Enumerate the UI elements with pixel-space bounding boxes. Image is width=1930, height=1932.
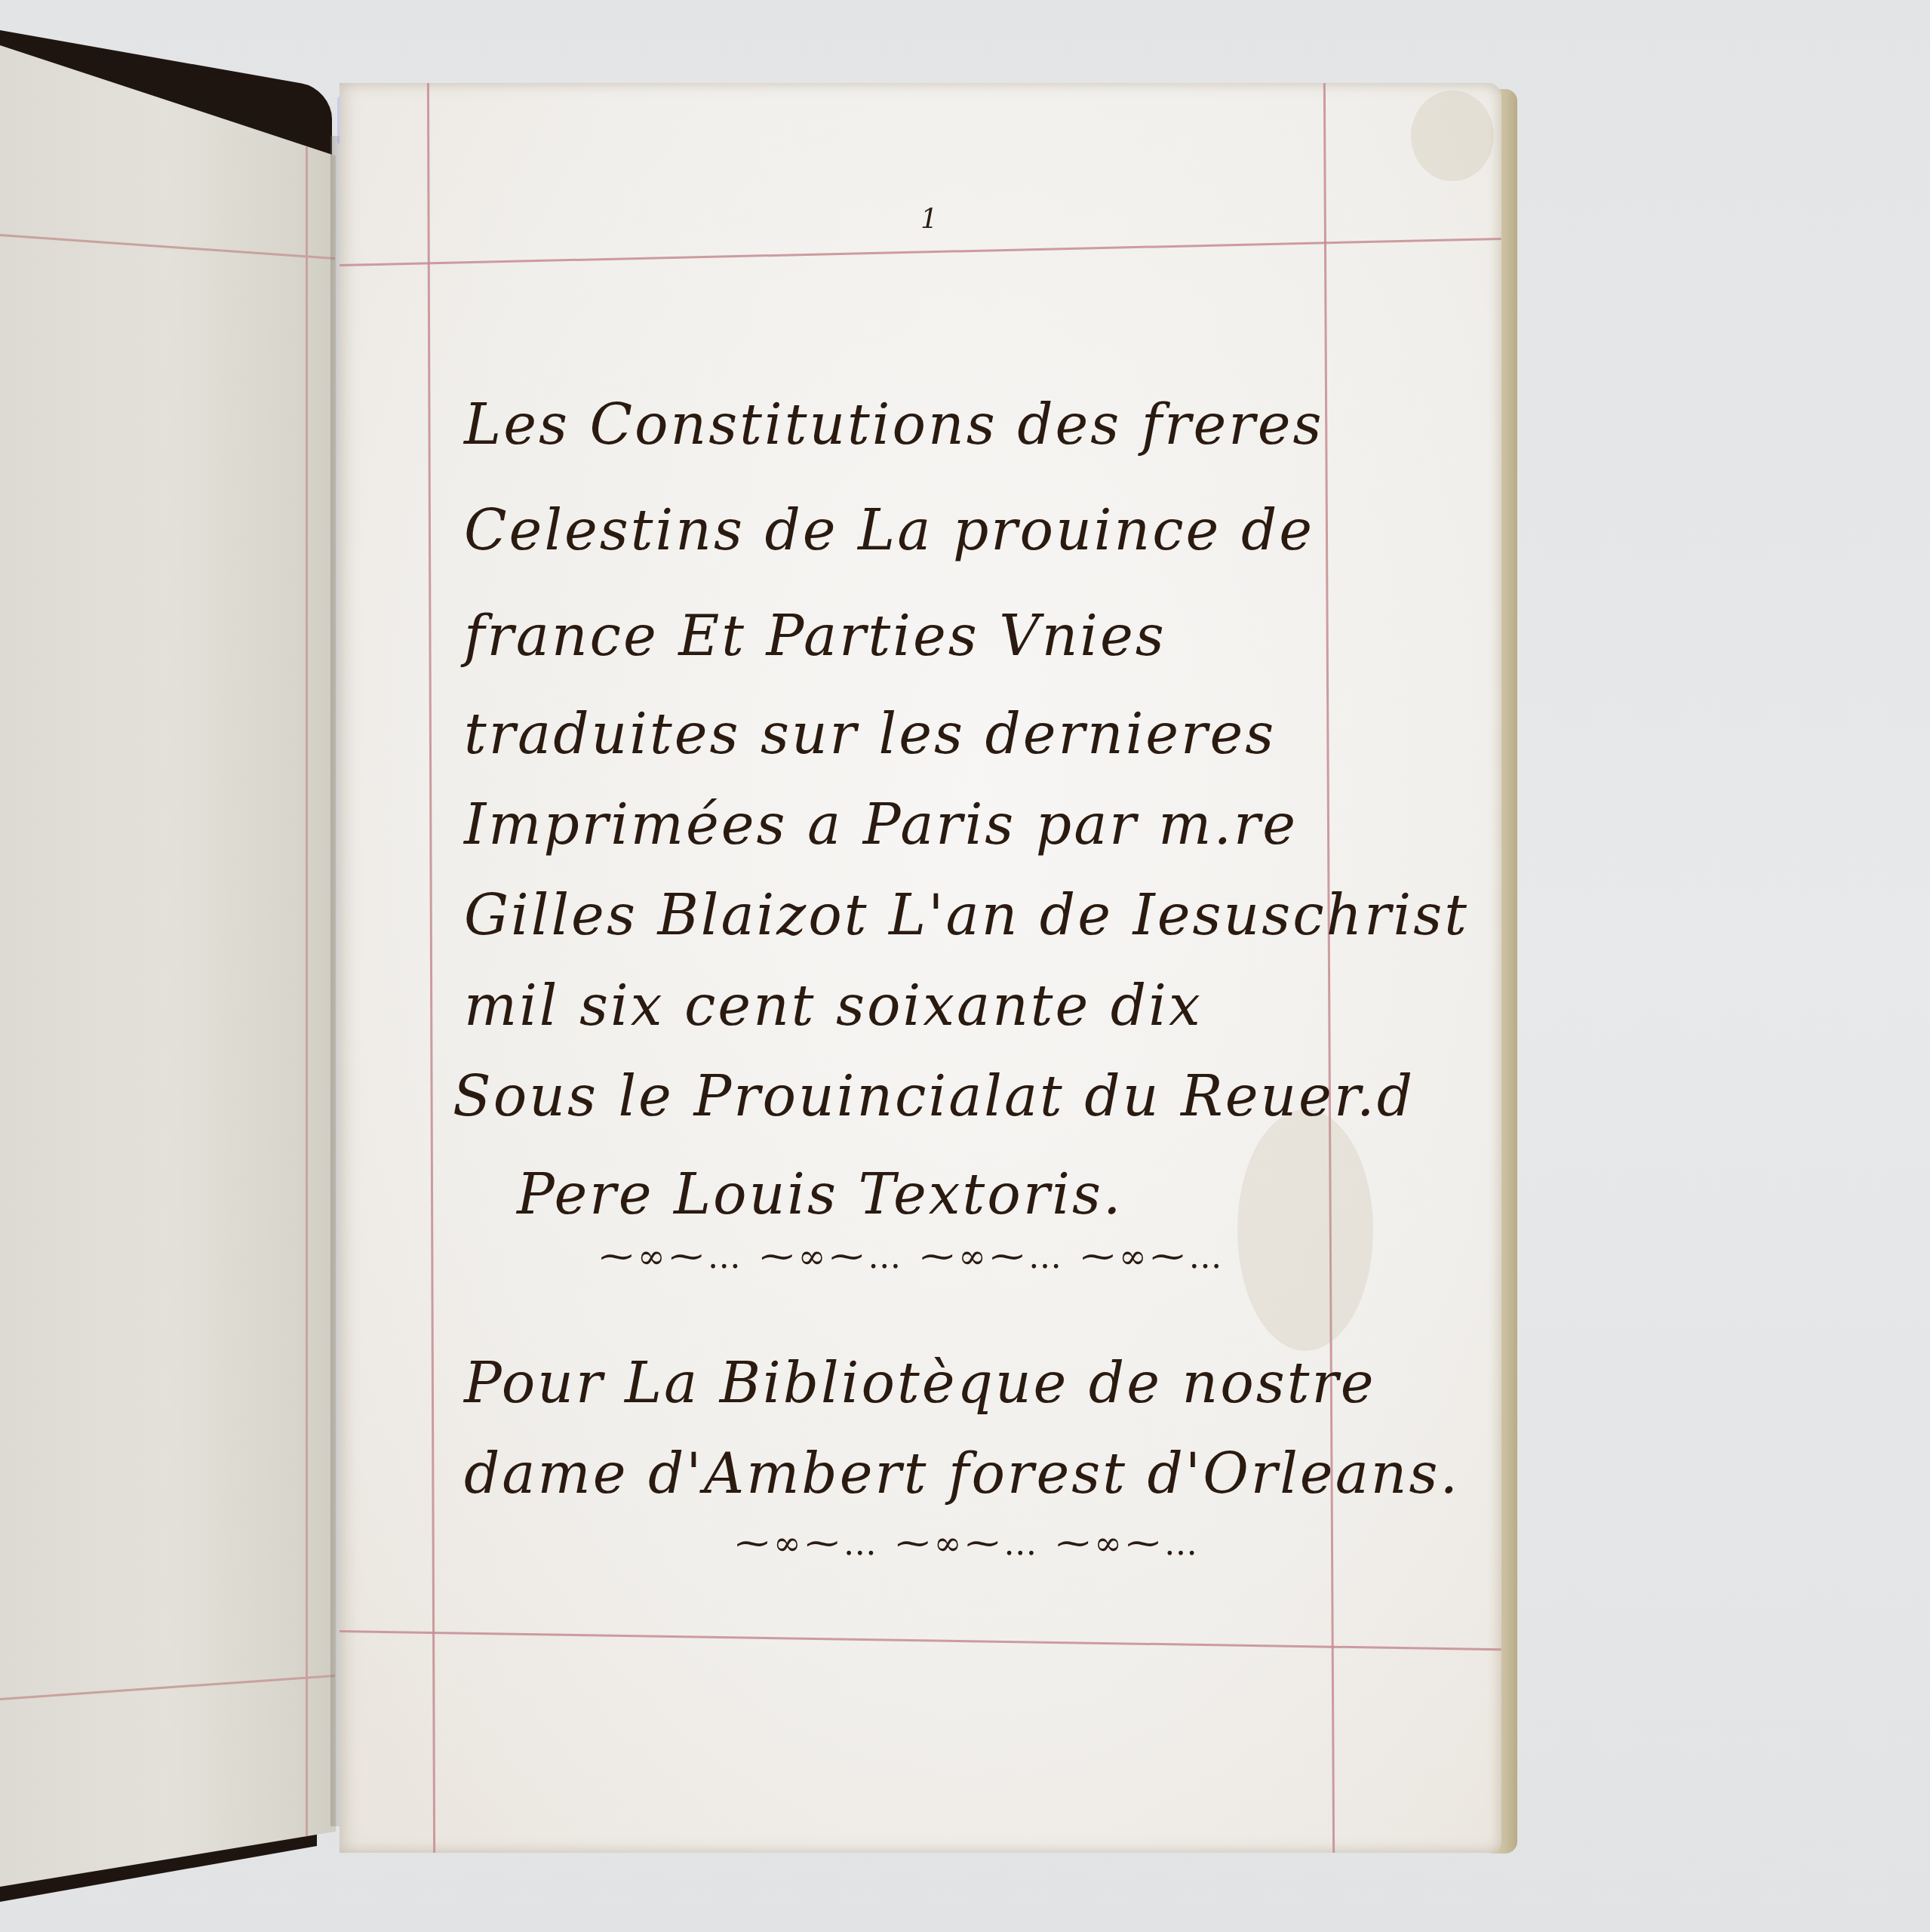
title-line-9: Pere Louis Textoris. (517, 1162, 1123, 1227)
foxing-stain (1237, 1109, 1373, 1351)
left-ruling-bottom (0, 1675, 335, 1700)
title-line-1: Les Constitutions des freres (464, 392, 1324, 457)
ruling-bottom (340, 1630, 1501, 1651)
title-line-5: Imprimées a Paris par m.re (464, 792, 1298, 857)
title-line-2: Celestins de La prouince de (464, 498, 1314, 563)
photo-scene: 1 Les Constitutions des freres Celestins… (0, 0, 1930, 1932)
dedication-line-2: dame d'Ambert forest d'Orleans. (464, 1441, 1460, 1506)
left-ruling-vertical (306, 45, 308, 1887)
left-verso-page (0, 45, 336, 1887)
corner-stain (1411, 91, 1494, 181)
ruling-left (427, 83, 435, 1853)
title-line-6: Gilles Blaizot L'an de Iesuschrist (464, 883, 1469, 948)
title-line-8: Sous le Prouincialat du Reuer.d (453, 1064, 1415, 1129)
title-line-7: mil six cent soixante dix (464, 974, 1203, 1038)
folio-number: 1 (920, 204, 938, 235)
left-ruling-top (0, 234, 335, 260)
title-line-3: france Et Parties Vnies (464, 604, 1166, 669)
dedication-line-1: Pour La Bibliotèque de nostre (464, 1351, 1376, 1416)
ruling-top (340, 238, 1501, 266)
right-recto-page: 1 Les Constitutions des freres Celestins… (340, 83, 1501, 1853)
ruling-right (1323, 83, 1335, 1853)
title-line-4: traduites sur les dernieres (464, 702, 1276, 767)
ornament-divider-1: ⁓∞⁓… ⁓∞⁓… ⁓∞⁓… ⁓∞⁓… (600, 1238, 1227, 1276)
ornament-divider-2: ⁓∞⁓… ⁓∞⁓… ⁓∞⁓… (736, 1524, 1202, 1563)
